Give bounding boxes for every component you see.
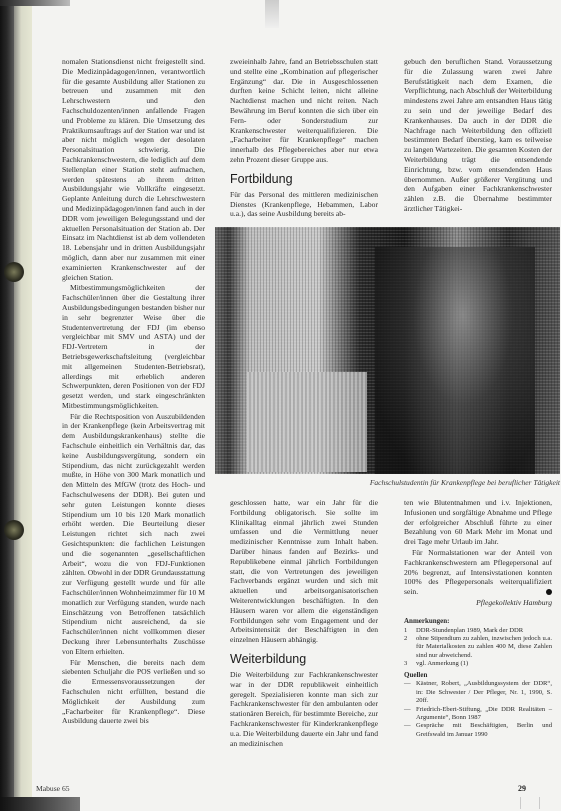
punch-hole-icon [4, 262, 24, 282]
notes-heading: Anmerkungen: [404, 617, 552, 627]
footnotes: 1DDR-Stundenplan 1989, Mark der DDR 2ohn… [404, 627, 552, 669]
sources-list: —Kästner, Robert, „Ausbildungssystem der… [404, 680, 552, 739]
source-bullet: — [404, 680, 412, 705]
footnote-text: DDR-Stundenplan 1989, Mark der DDR [416, 627, 523, 635]
punch-hole-icon [4, 520, 24, 540]
section-heading-weiterbildung: Weiterbildung [230, 651, 378, 667]
document-page-lower: geschlossen hatte, war ein Jahr für die … [32, 0, 561, 811]
paragraph: geschlossen hatte, war ein Jahr für die … [230, 498, 378, 645]
footnote-text: vgl. Anmerkung (1) [416, 660, 468, 668]
footnote-mark: 1 [404, 627, 412, 635]
paragraph-text: Für Normalstationen war der Anteil von F… [404, 548, 552, 596]
source-bullet: — [404, 706, 412, 723]
source-item: —Friedrich-Ebert-Stiftung, „Die DDR Real… [404, 706, 552, 723]
column-3-lower: ten wie Blutentnahmen und i.v. Injektion… [404, 498, 552, 739]
sources-heading: Quellen [404, 671, 552, 681]
source-item: —Kästner, Robert, „Ausbildungssystem der… [404, 680, 552, 705]
source-bullet: — [404, 722, 412, 739]
footnote: 1DDR-Stundenplan 1989, Mark der DDR [404, 627, 552, 635]
source-text: Gespräche mit Beschäftigten, Berlin und … [416, 722, 552, 739]
paragraph: Die Weiterbildung zur Fachkrankenschwest… [230, 670, 378, 748]
footnote-text: ohne Stipendium zu zahlen, inzwischen je… [416, 635, 552, 660]
end-of-article-icon [546, 589, 552, 595]
source-text: Kästner, Robert, „Ausbildungssystem der … [416, 680, 552, 705]
author-signature: Pflegekollektiv Hamburg [404, 598, 552, 608]
paragraph: Für Normalstationen war der Anteil von F… [404, 548, 552, 597]
source-item: —Gespräche mit Beschäftigten, Berlin und… [404, 722, 552, 739]
source-text: Friedrich-Ebert-Stiftung, „Die DDR Reali… [416, 706, 552, 723]
footnote-mark: 3 [404, 660, 412, 668]
footnote: 3vgl. Anmerkung (1) [404, 660, 552, 668]
footnote-mark: 2 [404, 635, 412, 660]
paragraph: ten wie Blutentnahmen und i.v. Injektion… [404, 498, 552, 547]
page-binding-shadow [0, 0, 14, 811]
column-2-lower: geschlossen hatte, war ein Jahr für die … [230, 498, 378, 748]
page-binding-edge [14, 0, 32, 811]
magazine-footer: Mabuse 65 [36, 784, 70, 793]
footnote: 2ohne Stipendium zu zahlen, inzwischen j… [404, 635, 552, 660]
page-number: 29 [518, 784, 526, 793]
